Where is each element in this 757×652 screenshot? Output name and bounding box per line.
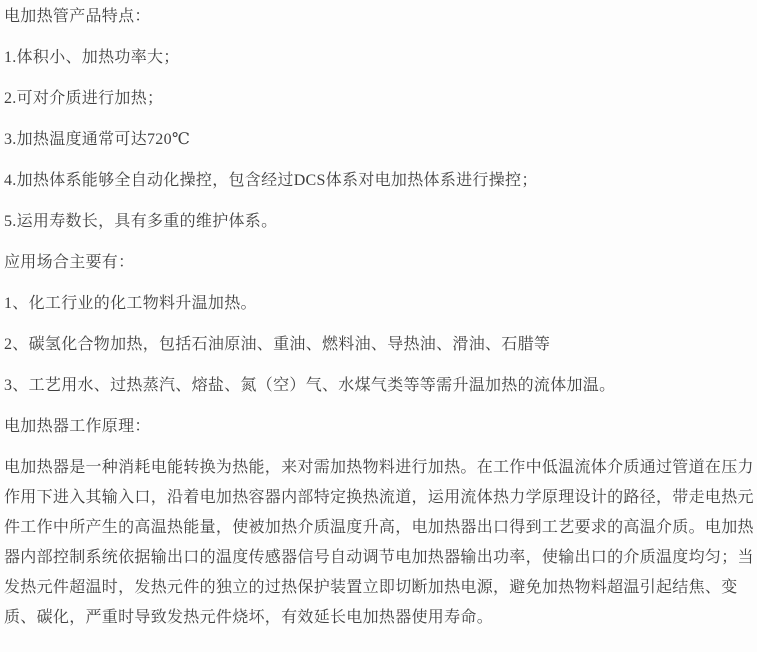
features-title: 电加热管产品特点：: [4, 2, 757, 32]
document-body: 电加热管产品特点： 1.体积小、加热功率大； 2.可对介质进行加热； 3.加热温…: [0, 0, 757, 652]
application-item-3: 3、工艺用水、过热蒸汽、熔盐、氮（空）气、水煤气类等等需升温加热的流体加温。: [4, 371, 757, 401]
feature-item-5: 5.运用寿数长，具有多重的维护体系。: [4, 207, 757, 237]
feature-item-4: 4.加热体系能够全自动化操控，包含经过DCS体系对电加热体系进行操控；: [4, 166, 757, 196]
application-item-1: 1、化工行业的化工物料升温加热。: [4, 289, 757, 319]
applications-title: 应用场合主要有：: [4, 248, 757, 278]
application-item-2: 2、碳氢化合物加热，包括石油原油、重油、燃料油、导热油、滑油、石腊等: [4, 330, 757, 360]
feature-item-1: 1.体积小、加热功率大；: [4, 43, 757, 73]
feature-item-2: 2.可对介质进行加热；: [4, 84, 757, 114]
principle-body: 电加热器是一种消耗电能转换为热能，来对需加热物料进行加热。在工作中低温流体介质通…: [4, 453, 757, 633]
principle-title: 电加热器工作原理：: [4, 412, 757, 442]
feature-item-3: 3.加热温度通常可达720℃: [4, 125, 757, 155]
